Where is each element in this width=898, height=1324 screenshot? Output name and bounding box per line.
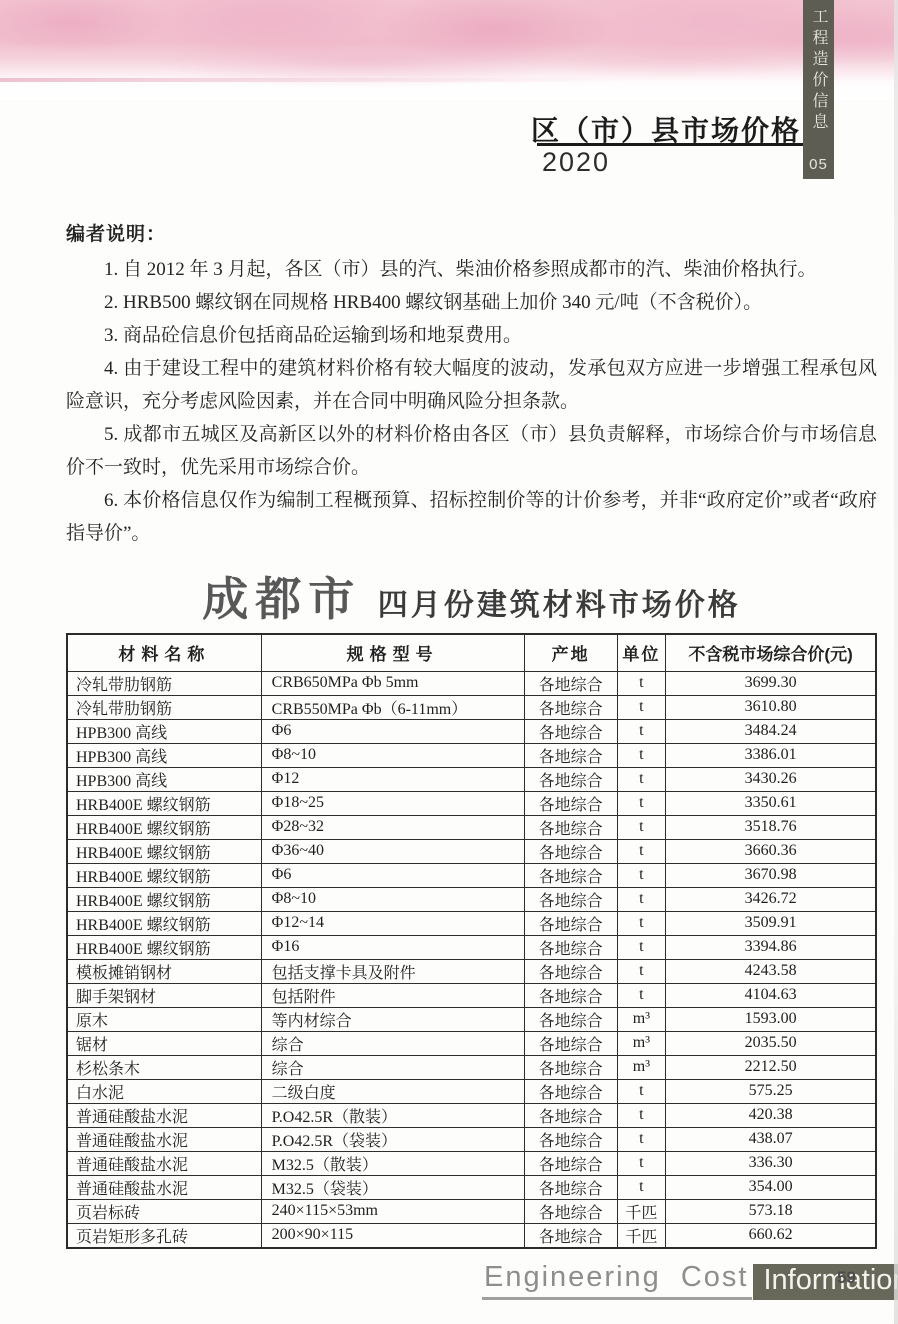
cell-spec: 二级白度 — [261, 1079, 524, 1103]
table-row: HPB300 高线Φ8~10各地综合t3386.01 — [67, 743, 876, 767]
table-row: HRB400E 螺纹钢筋Φ16各地综合t3394.86 — [67, 935, 876, 959]
cell-price: 420.38 — [666, 1103, 876, 1127]
footer-brand-gray: Engineering Cost — [482, 1261, 752, 1300]
title-underline — [537, 143, 803, 146]
cell-name: 杉松条木 — [67, 1055, 261, 1079]
cell-price: 3509.91 — [666, 911, 876, 935]
cell-origin: 各地综合 — [524, 863, 617, 887]
cell-name: 普通硅酸盐水泥 — [67, 1103, 261, 1127]
cell-unit: t — [617, 887, 666, 911]
cell-origin: 各地综合 — [524, 1223, 617, 1248]
cell-unit: 千匹 — [617, 1223, 666, 1248]
cell-origin: 各地综合 — [524, 1103, 617, 1127]
cell-origin: 各地综合 — [524, 1007, 617, 1031]
cell-spec: P.O42.5R（袋装） — [261, 1127, 524, 1151]
cell-price: 3430.26 — [666, 767, 876, 791]
cell-spec: 综合 — [261, 1055, 524, 1079]
cell-unit: t — [617, 1127, 666, 1151]
cell-origin: 各地综合 — [524, 695, 617, 719]
edge-tab-title: 工程造价信息 — [803, 8, 834, 134]
cell-price: 660.62 — [666, 1223, 876, 1248]
cell-name: 冷轧带肋钢筋 — [67, 671, 261, 695]
cell-spec: Φ6 — [261, 719, 524, 743]
cell-name: HRB400E 螺纹钢筋 — [67, 887, 261, 911]
cell-name: 页岩矩形多孔砖 — [67, 1223, 261, 1248]
footer-brand-highlight: Information — [753, 1264, 898, 1300]
table-header: 材料名称 规格型号 产地 单位 不含税市场综合价(元) — [67, 634, 876, 671]
cell-origin: 各地综合 — [524, 1151, 617, 1175]
cell-unit: t — [617, 839, 666, 863]
note-item-2: 2. HRB500 螺纹钢在同规格 HRB400 螺纹钢基础上加价 340 元/… — [66, 286, 877, 319]
cell-spec: Φ6 — [261, 863, 524, 887]
table-row: HRB400E 螺纹钢筋Φ8~10各地综合t3426.72 — [67, 887, 876, 911]
column-header-material: 材料名称 — [67, 634, 261, 671]
cell-origin: 各地综合 — [524, 815, 617, 839]
cell-origin: 各地综合 — [524, 935, 617, 959]
note-item-5: 5. 成都市五城区及高新区以外的材料价格由各区（市）县负责解释，市场综合价与市场… — [66, 418, 877, 484]
cell-origin: 各地综合 — [524, 671, 617, 695]
cell-unit: t — [617, 863, 666, 887]
header-photo — [0, 0, 898, 100]
column-header-unit: 单位 — [617, 634, 666, 671]
cell-price: 3670.98 — [666, 863, 876, 887]
table-row: 冷轧带肋钢筋CRB550MPa Φb（6-11mm）各地综合t3610.80 — [67, 695, 876, 719]
cell-price: 3350.61 — [666, 791, 876, 815]
cell-price: 4243.58 — [666, 959, 876, 983]
cell-origin: 各地综合 — [524, 1031, 617, 1055]
cell-spec: CRB550MPa Φb（6-11mm） — [261, 695, 524, 719]
year-label: 2020 — [542, 147, 610, 178]
table-title: 成都市 四月份建筑材料市场价格 — [66, 563, 877, 629]
note-item-6: 6. 本价格信息仅作为编制工程概预算、招标控制价等的计价参考，并非“政府定价”或… — [66, 484, 877, 550]
cell-unit: t — [617, 959, 666, 983]
table-row: HRB400E 螺纹钢筋Φ36~40各地综合t3660.36 — [67, 839, 876, 863]
photo-road-strip — [0, 78, 620, 82]
note-item-1: 1. 自 2012 年 3 月起，各区（市）县的汽、柴油价格参照成都市的汽、柴油… — [66, 253, 877, 286]
cell-name: HPB300 高线 — [67, 743, 261, 767]
cell-unit: t — [617, 935, 666, 959]
edge-tab-number: 05 — [809, 156, 828, 173]
cell-price: 3610.80 — [666, 695, 876, 719]
cell-unit: t — [617, 671, 666, 695]
cell-price: 438.07 — [666, 1127, 876, 1151]
cell-price: 354.00 — [666, 1175, 876, 1199]
cell-unit: t — [617, 695, 666, 719]
cell-origin: 各地综合 — [524, 1127, 617, 1151]
cell-origin: 各地综合 — [524, 911, 617, 935]
cell-name: HRB400E 螺纹钢筋 — [67, 935, 261, 959]
cell-price: 3699.30 — [666, 671, 876, 695]
cell-name: 锯材 — [67, 1031, 261, 1055]
cell-name: 冷轧带肋钢筋 — [67, 695, 261, 719]
cell-spec: 240×115×53mm — [261, 1199, 524, 1223]
cell-unit: t — [617, 815, 666, 839]
cell-name: 页岩标砖 — [67, 1199, 261, 1223]
cell-spec: Φ8~10 — [261, 887, 524, 911]
cell-unit: t — [617, 911, 666, 935]
table-row: 模板摊销钢材包括支撑卡具及附件各地综合t4243.58 — [67, 959, 876, 983]
table-row: 脚手架钢材包括附件各地综合t4104.63 — [67, 983, 876, 1007]
table-row: HRB400E 螺纹钢筋Φ6各地综合t3670.98 — [67, 863, 876, 887]
column-header-price: 不含税市场综合价(元) — [666, 634, 876, 671]
cell-origin: 各地综合 — [524, 1175, 617, 1199]
cell-unit: 千匹 — [617, 1199, 666, 1223]
cell-spec: CRB650MPa Φb 5mm — [261, 671, 524, 695]
cell-unit: t — [617, 1151, 666, 1175]
cell-spec: Φ12 — [261, 767, 524, 791]
cell-origin: 各地综合 — [524, 959, 617, 983]
cell-price: 3518.76 — [666, 815, 876, 839]
table-row: 锯材综合各地综合m³2035.50 — [67, 1031, 876, 1055]
cell-name: HPB300 高线 — [67, 767, 261, 791]
cell-unit: m³ — [617, 1055, 666, 1079]
cell-unit: t — [617, 791, 666, 815]
cell-origin: 各地综合 — [524, 719, 617, 743]
cell-unit: m³ — [617, 1031, 666, 1055]
cell-price: 3660.36 — [666, 839, 876, 863]
editor-notes: 编者说明： 1. 自 2012 年 3 月起，各区（市）县的汽、柴油价格参照成都… — [66, 219, 877, 550]
table-row: 页岩矩形多孔砖200×90×115各地综合千匹660.62 — [67, 1223, 876, 1248]
cell-spec: 包括支撑卡具及附件 — [261, 959, 524, 983]
price-table-body: 冷轧带肋钢筋CRB650MPa Φb 5mm各地综合t3699.30冷轧带肋钢筋… — [67, 671, 876, 1248]
cell-name: HRB400E 螺纹钢筋 — [67, 863, 261, 887]
note-item-3: 3. 商品砼信息价包括商品砼运输到场和地泵费用。 — [66, 319, 877, 352]
cell-price: 3426.72 — [666, 887, 876, 911]
table-row: 冷轧带肋钢筋CRB650MPa Φb 5mm各地综合t3699.30 — [67, 671, 876, 695]
cell-origin: 各地综合 — [524, 839, 617, 863]
table-row: HPB300 高线Φ6各地综合t3484.24 — [67, 719, 876, 743]
cell-name: HRB400E 螺纹钢筋 — [67, 791, 261, 815]
cell-origin: 各地综合 — [524, 983, 617, 1007]
table-row: HRB400E 螺纹钢筋Φ12~14各地综合t3509.91 — [67, 911, 876, 935]
cell-origin: 各地综合 — [524, 791, 617, 815]
cell-unit: t — [617, 743, 666, 767]
cell-spec: Φ28~32 — [261, 815, 524, 839]
table-row: 杉松条木综合各地综合m³2212.50 — [67, 1055, 876, 1079]
cell-origin: 各地综合 — [524, 887, 617, 911]
cell-spec: 包括附件 — [261, 983, 524, 1007]
table-row: 普通硅酸盐水泥M32.5（袋装）各地综合t354.00 — [67, 1175, 876, 1199]
table-row: 普通硅酸盐水泥P.O42.5R（散装）各地综合t420.38 — [67, 1103, 876, 1127]
cell-name: 普通硅酸盐水泥 — [67, 1127, 261, 1151]
cell-name: 原木 — [67, 1007, 261, 1031]
cell-name: HRB400E 螺纹钢筋 — [67, 815, 261, 839]
cell-unit: t — [617, 719, 666, 743]
table-title-subject: 四月份建筑材料市场价格 — [378, 589, 741, 622]
cell-name: HRB400E 螺纹钢筋 — [67, 839, 261, 863]
cell-spec: Φ16 — [261, 935, 524, 959]
table-header-row: 材料名称 规格型号 产地 单位 不含税市场综合价(元) — [67, 634, 876, 671]
materials-price-table: 材料名称 规格型号 产地 单位 不含税市场综合价(元) 冷轧带肋钢筋CRB650… — [66, 633, 877, 1249]
page-number: 59 — [837, 1268, 856, 1288]
table-title-city: 成都市 — [202, 573, 361, 625]
notes-heading: 编者说明： — [66, 219, 877, 246]
cell-price: 3484.24 — [666, 719, 876, 743]
cell-price: 4104.63 — [666, 983, 876, 1007]
table-row: HRB400E 螺纹钢筋Φ18~25各地综合t3350.61 — [67, 791, 876, 815]
cell-spec: 200×90×115 — [261, 1223, 524, 1248]
cell-name: 模板摊销钢材 — [67, 959, 261, 983]
cell-name: 脚手架钢材 — [67, 983, 261, 1007]
cell-price: 336.30 — [666, 1151, 876, 1175]
cell-origin: 各地综合 — [524, 1079, 617, 1103]
cell-name: 普通硅酸盐水泥 — [67, 1151, 261, 1175]
cell-price: 3394.86 — [666, 935, 876, 959]
cell-name: HRB400E 螺纹钢筋 — [67, 911, 261, 935]
cell-price: 2212.50 — [666, 1055, 876, 1079]
column-header-origin: 产地 — [524, 634, 617, 671]
cell-origin: 各地综合 — [524, 743, 617, 767]
cell-price: 3386.01 — [666, 743, 876, 767]
cell-unit: t — [617, 983, 666, 1007]
table-row: 白水泥二级白度各地综合t575.25 — [67, 1079, 876, 1103]
cell-spec: 综合 — [261, 1031, 524, 1055]
cell-spec: M32.5（散装） — [261, 1151, 524, 1175]
table-row: 普通硅酸盐水泥P.O42.5R（袋装）各地综合t438.07 — [67, 1127, 876, 1151]
cell-spec: M32.5（袋装） — [261, 1175, 524, 1199]
cell-price: 2035.50 — [666, 1031, 876, 1055]
cell-spec: P.O42.5R（散装） — [261, 1103, 524, 1127]
table-row: 页岩标砖240×115×53mm各地综合千匹573.18 — [67, 1199, 876, 1223]
cell-spec: 等内材综合 — [261, 1007, 524, 1031]
cell-unit: t — [617, 1103, 666, 1127]
note-item-4: 4. 由于建设工程中的建筑材料价格有较大幅度的波动，发承包双方应进一步增强工程承… — [66, 352, 877, 418]
footer-brand: Engineering Cost Information — [482, 1261, 898, 1300]
cell-name: 普通硅酸盐水泥 — [67, 1175, 261, 1199]
cell-name: HPB300 高线 — [67, 719, 261, 743]
cell-spec: Φ8~10 — [261, 743, 524, 767]
cell-spec: Φ12~14 — [261, 911, 524, 935]
edge-tab: 工程造价信息 05 — [803, 0, 834, 179]
cell-price: 575.25 — [666, 1079, 876, 1103]
cell-origin: 各地综合 — [524, 767, 617, 791]
cell-origin: 各地综合 — [524, 1055, 617, 1079]
column-header-spec: 规格型号 — [261, 634, 524, 671]
cell-origin: 各地综合 — [524, 1199, 617, 1223]
cell-name: 白水泥 — [67, 1079, 261, 1103]
cell-price: 573.18 — [666, 1199, 876, 1223]
table-row: 普通硅酸盐水泥M32.5（散装）各地综合t336.30 — [67, 1151, 876, 1175]
cell-spec: Φ18~25 — [261, 791, 524, 815]
table-row: HPB300 高线Φ12各地综合t3430.26 — [67, 767, 876, 791]
cell-spec: Φ36~40 — [261, 839, 524, 863]
table-row: HRB400E 螺纹钢筋Φ28~32各地综合t3518.76 — [67, 815, 876, 839]
cell-unit: m³ — [617, 1007, 666, 1031]
cell-unit: t — [617, 1079, 666, 1103]
cell-unit: t — [617, 767, 666, 791]
cell-unit: t — [617, 1175, 666, 1199]
cell-price: 1593.00 — [666, 1007, 876, 1031]
table-row: 原木等内材综合各地综合m³1593.00 — [67, 1007, 876, 1031]
scan-edge-shading — [894, 0, 898, 1324]
